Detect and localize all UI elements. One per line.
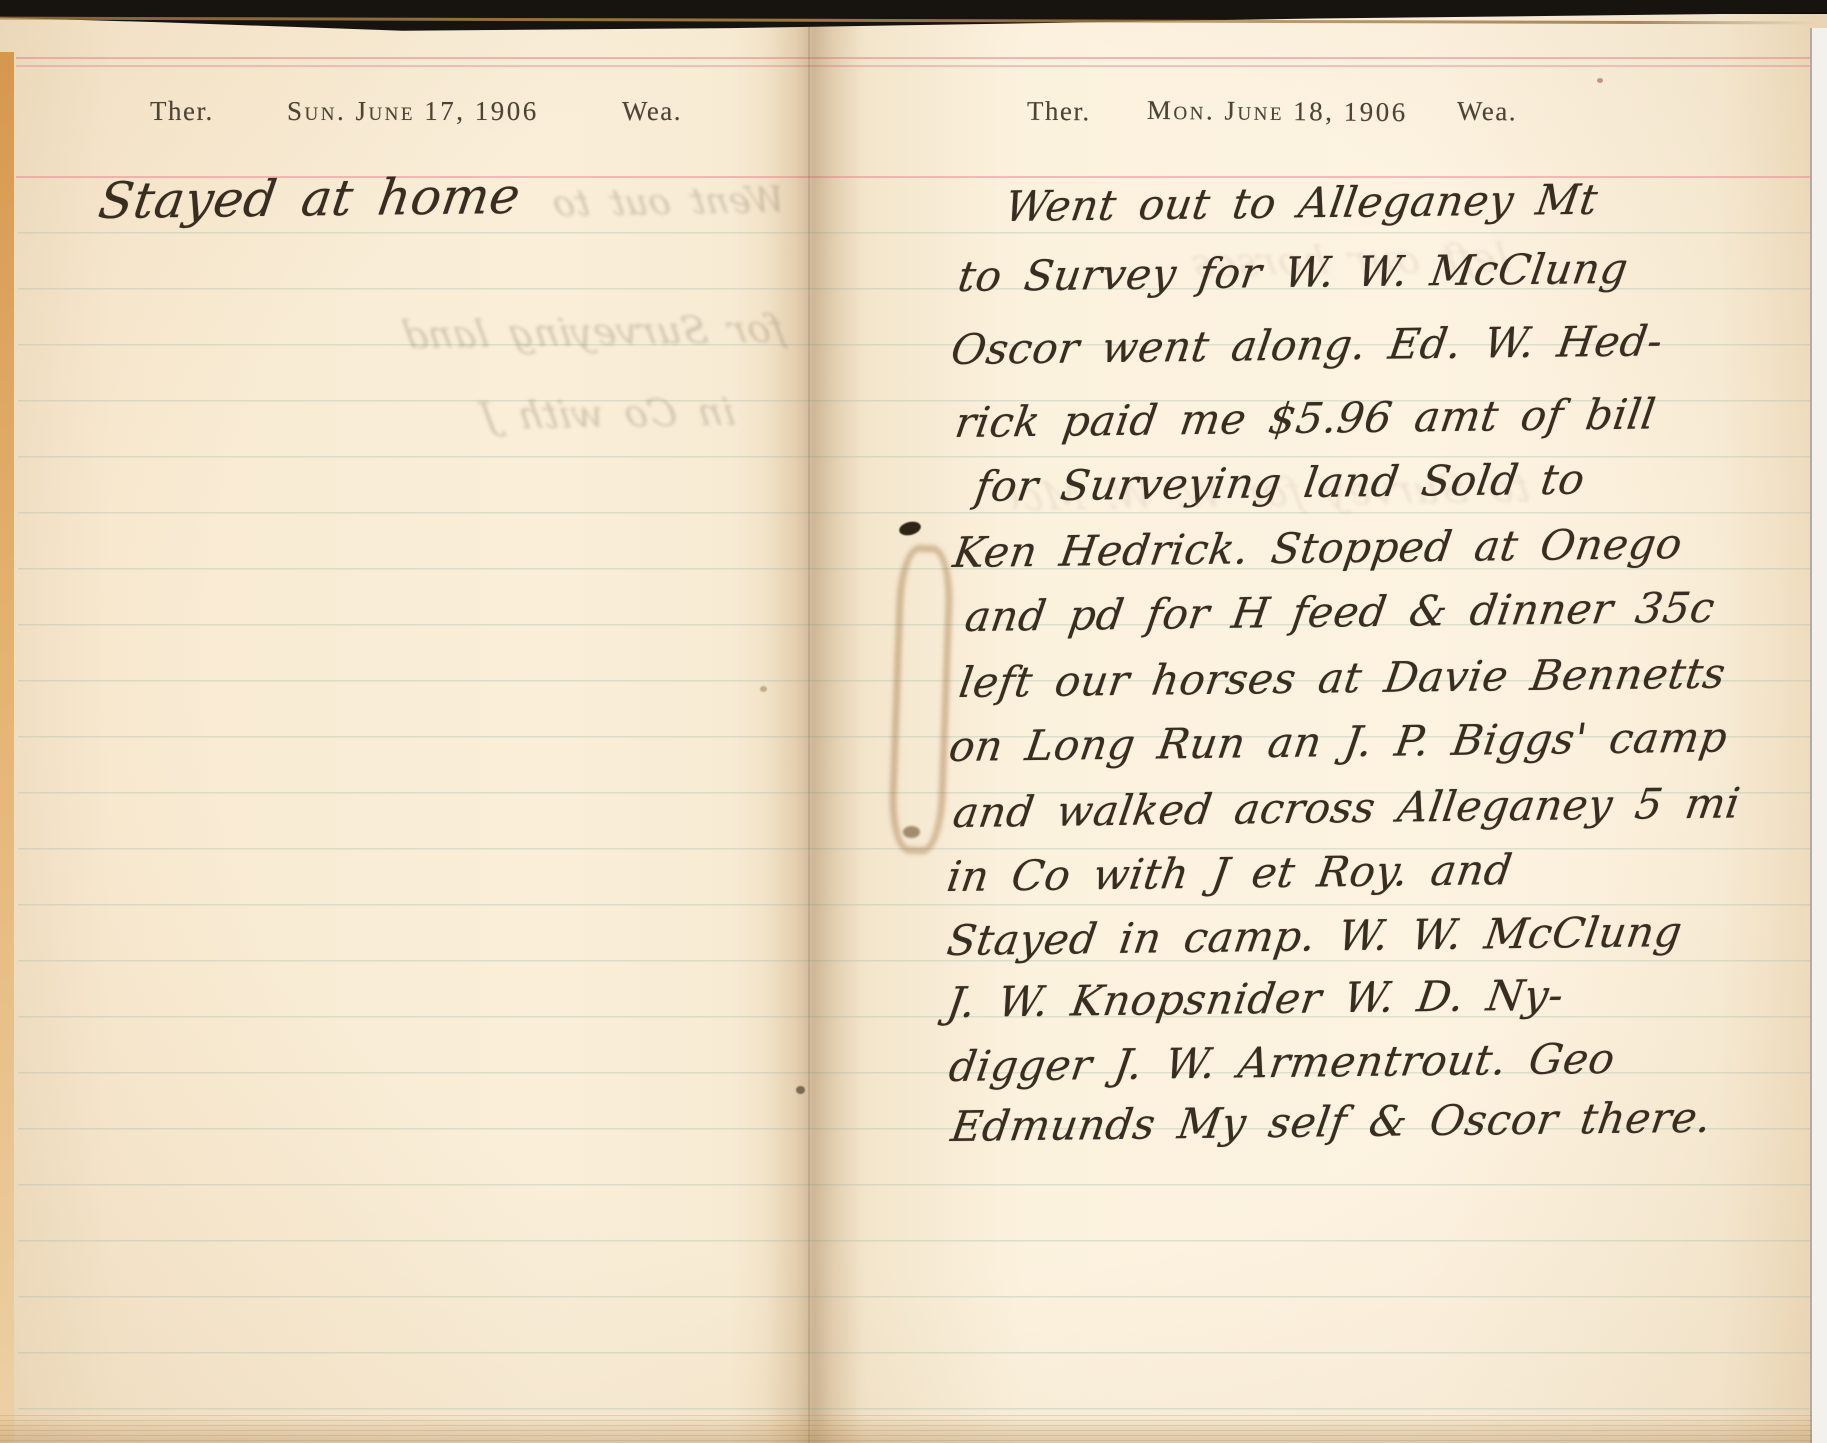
- right-date-heading: Mon. June 18, 1906: [1147, 95, 1408, 128]
- ink-blot: [903, 826, 920, 838]
- bleed-through-text: Went out to Alleganey Mt: [542, 180, 789, 225]
- diary-entry-line: Went out to Alleganey Mt: [1002, 175, 1601, 231]
- diary-entry-line: and walked across Alleganey 5 mi: [950, 778, 1744, 837]
- diary-entry-line: in Co with J et Roy. and: [944, 845, 1515, 901]
- diary-entry-line: to Survey for W. W. McClung: [955, 244, 1631, 301]
- diary-entry-line: digger J. W. Armentrout. Geo: [946, 1034, 1618, 1091]
- diary-entry-line: rick paid me $5.96 amt of bill: [952, 389, 1659, 447]
- diary-entry-line: Edmunds My self & Oscor there.: [948, 1093, 1715, 1151]
- left-ther-label: Ther.: [150, 96, 214, 127]
- ink-speck: [796, 1086, 805, 1094]
- diary-entry-line: on Long Run an J. P. Biggs' camp: [946, 713, 1731, 771]
- scanner-bed-edge: [1810, 28, 1827, 1443]
- bleed-through-text: for Surveying land Sold to: [387, 307, 789, 358]
- diary-entry-line: Stayed in camp. W. W. McClung: [944, 907, 1685, 965]
- pink-head-line-1: [16, 57, 1810, 59]
- ink-stain-loop: [888, 544, 955, 855]
- diary-entry-line: for Surveying land Sold to: [972, 455, 1588, 511]
- diary-scan: Ther. Sun. June 17, 1906 Wea. Ther. Mon.…: [0, 0, 1827, 1443]
- right-wea-label: Wea.: [1457, 96, 1517, 128]
- left-wea-label: Wea.: [622, 96, 682, 127]
- diary-entry-line: and pd for H feed & dinner 35c: [962, 583, 1718, 641]
- ink-speck: [1597, 78, 1603, 83]
- page-stack-edge-bottom: [0, 1415, 1812, 1443]
- left-date-heading: Sun. June 17, 1906: [287, 96, 539, 127]
- diary-entry-line: left our horses at Davie Bennetts: [956, 649, 1729, 707]
- pink-head-line-2: [16, 65, 1810, 67]
- bleed-through-text: in Co with J et Roy. and: [462, 390, 739, 439]
- diary-entry-line: Stayed at home: [95, 167, 524, 230]
- right-ther-label: Ther.: [1027, 96, 1091, 128]
- diary-entry-line: Oscor went along. Ed. W. Hed-: [948, 316, 1666, 374]
- binding-crease: [808, 14, 810, 1443]
- diary-entry-line: J. W. Knopsnider W. D. Ny-: [944, 970, 1567, 1027]
- page-stack-edge-left: [0, 52, 14, 1443]
- binding-gutter: [766, 14, 862, 1443]
- diary-entry-line: Ken Hedrick. Stopped at Onego: [950, 519, 1686, 577]
- ink-speck: [760, 686, 767, 692]
